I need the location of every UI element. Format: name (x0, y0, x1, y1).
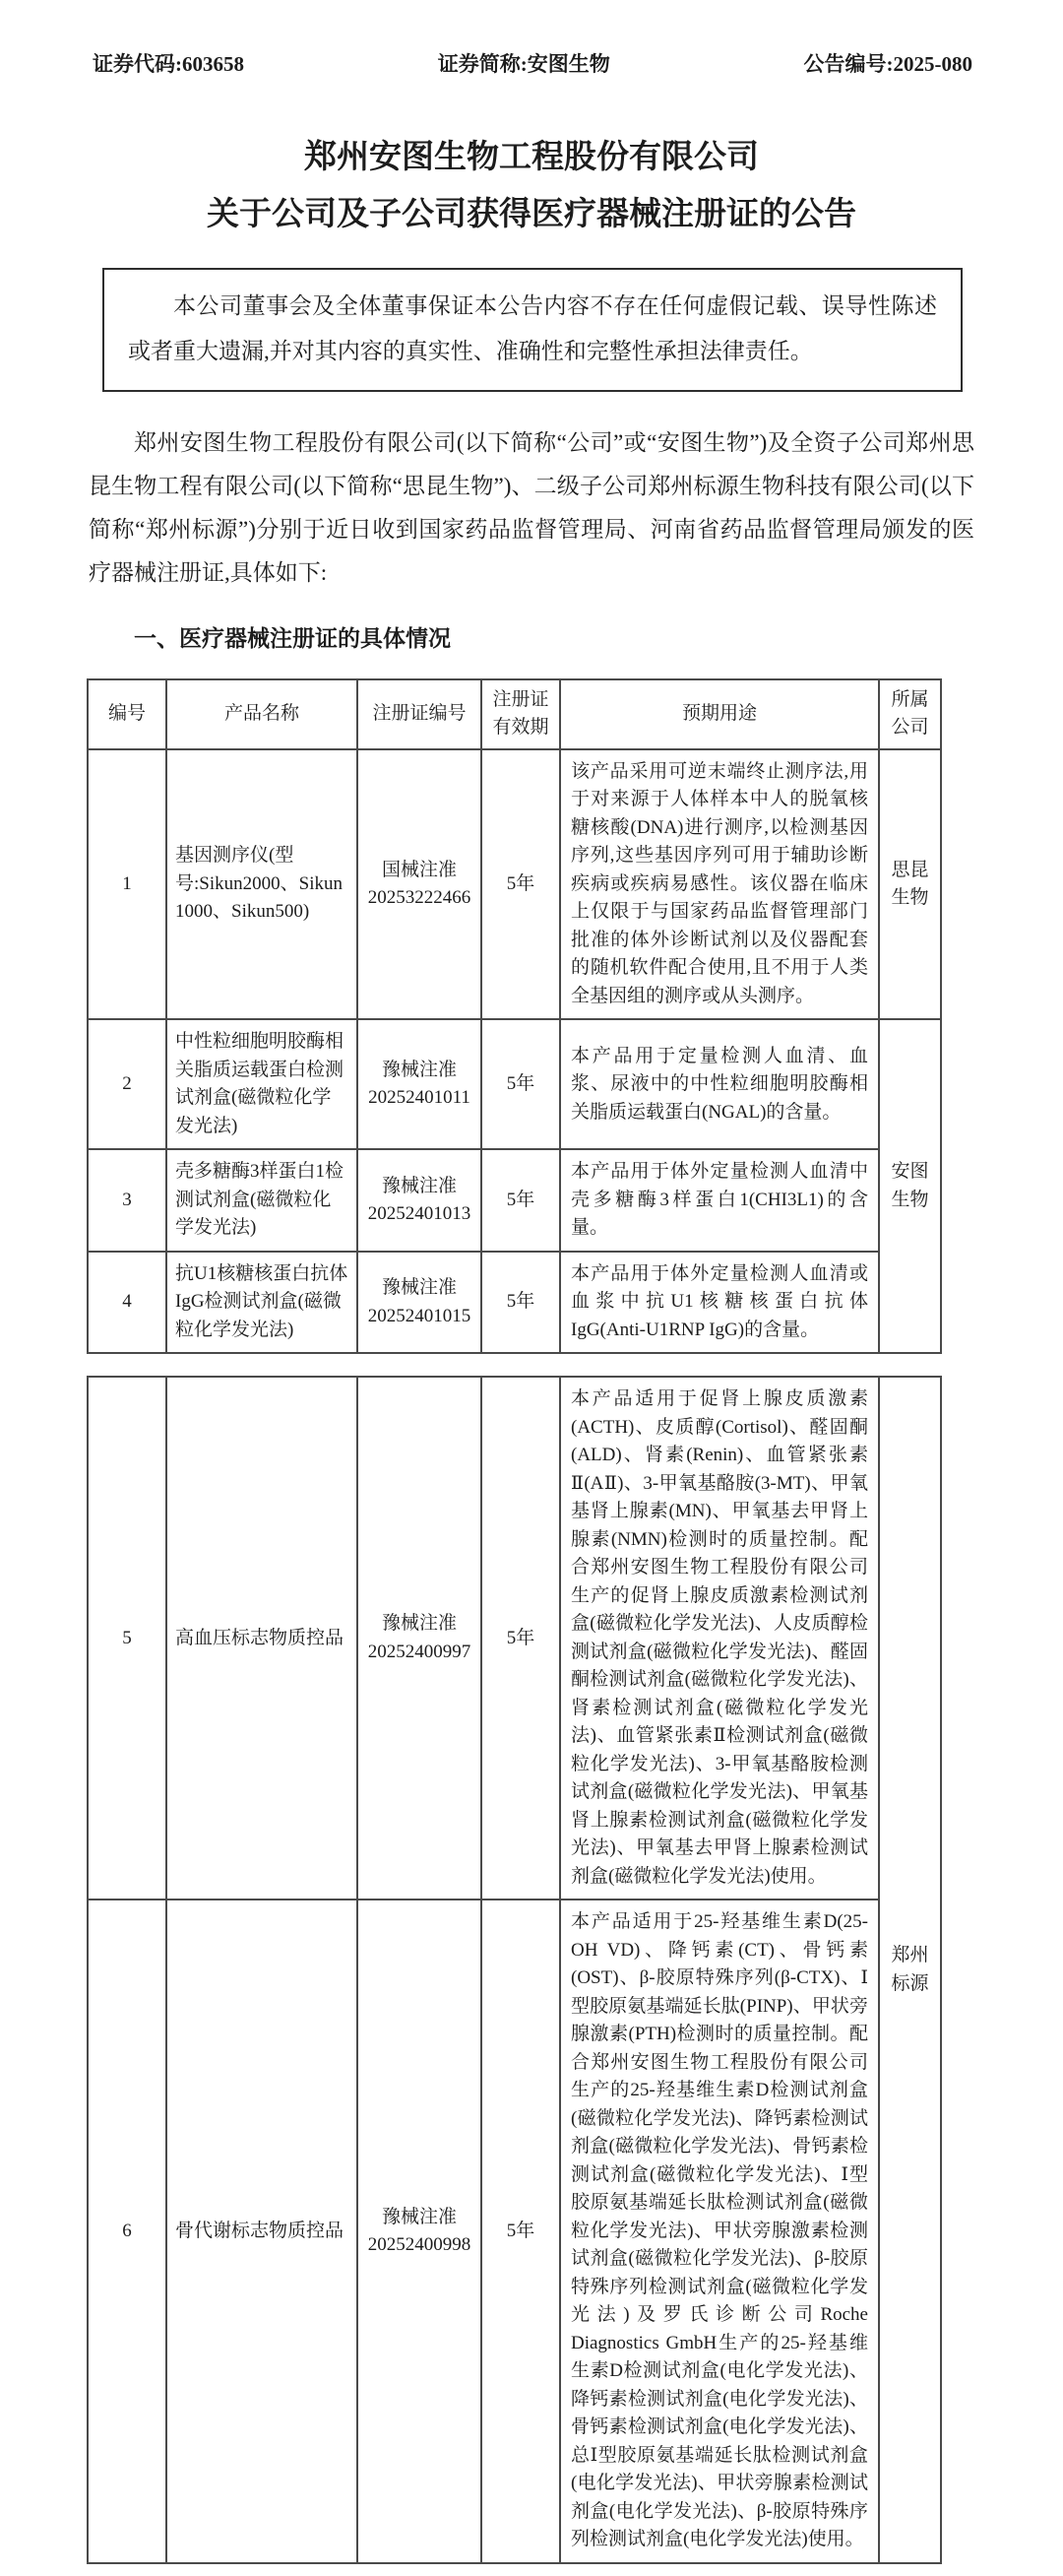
intended-use: 该产品采用可逆末端终止测序法,用于对来源于人体样本中人的脱氧核糖核酸(DNA)进… (560, 749, 879, 1020)
col-header-cert-no: 注册证编号 (357, 679, 481, 749)
intended-use: 本产品用于定量检测人血清、血浆、尿液中的中性粒细胞明胶酶相关脂质运载蛋白(NGA… (560, 1019, 879, 1149)
table-row-6: 6 骨代谢标志物质控品 豫械注准20252400998 5年 本产品适用于25-… (88, 1900, 941, 2563)
intended-use: 本产品用于体外定量检测人血清或血浆中抗U1核糖核蛋白抗体IgG(Anti-U1R… (560, 1252, 879, 1354)
product-name: 骨代谢标志物质控品 (166, 1900, 357, 2563)
intended-use: 本产品适用于促肾上腺皮质激素(ACTH)、皮质醇(Cortisol)、醛固酮(A… (560, 1377, 879, 1900)
row-no: 4 (88, 1252, 166, 1354)
product-name: 基因测序仪(型号:Sikun2000、Sikun 1000、Sikun500) (166, 749, 357, 1020)
cert-validity: 5年 (481, 749, 560, 1020)
cert-validity: 5年 (481, 1019, 560, 1149)
table-row-5: 5 高血压标志物质控品 豫械注准20252400997 5年 本产品适用于促肾上… (88, 1377, 941, 1900)
col-header-validity: 注册证有效期 (481, 679, 560, 749)
cert-validity: 5年 (481, 1377, 560, 1900)
intended-use: 本产品适用于25-羟基维生素D(25-OH VD)、降钙素(CT)、骨钙素(OS… (560, 1900, 879, 2563)
announcement-number: 公告编号:2025-080 (804, 49, 973, 79)
cert-number: 国械注准20253222466 (357, 749, 481, 1020)
col-header-company: 所属公司 (879, 679, 941, 749)
title-line-1: 郑州安图生物工程股份有限公司 (0, 140, 1063, 177)
declaration-text: 本公司董事会及全体董事保证本公告内容不存在任何虚假记载、误导性陈述或者重大遗漏,… (128, 284, 937, 374)
securities-meta: 证券代码:603658 证券简称:安图生物 公告编号:2025-080 (0, 49, 1063, 79)
cert-number: 豫械注准20252401011 (357, 1019, 481, 1149)
stock-short-name: 证券简称:安图生物 (438, 49, 610, 79)
row-no: 3 (88, 1149, 166, 1252)
product-name: 壳多糖酶3样蛋白1检测试剂盒(磁微粒化学发光法) (166, 1149, 357, 1252)
col-header-no: 编号 (88, 679, 166, 749)
row-no: 5 (88, 1377, 166, 1900)
row-no: 2 (88, 1019, 166, 1149)
registration-table-block-1: 编号 产品名称 注册证编号 注册证有效期 预期用途 所属公司 1 基因测序仪(型… (87, 678, 942, 1355)
table-row-4: 4 抗U1核糖核蛋白抗体IgG检测试剂盒(磁微粒化学发光法) 豫械注准20252… (88, 1252, 941, 1354)
cert-number: 豫械注准20252400998 (357, 1900, 481, 2563)
table-row-1: 1 基因测序仪(型号:Sikun2000、Sikun 1000、Sikun500… (88, 749, 941, 1020)
section-heading: 一、医疗器械注册证的具体情况 (89, 620, 974, 653)
registration-table-block-2: 5 高血压标志物质控品 豫械注准20252400997 5年 本产品适用于促肾上… (87, 1376, 942, 2564)
col-header-product: 产品名称 (166, 679, 357, 749)
declaration-box: 本公司董事会及全体董事保证本公告内容不存在任何虚假记载、误导性陈述或者重大遗漏,… (102, 268, 963, 392)
cert-number: 豫械注准20252401015 (357, 1252, 481, 1354)
table-row-2: 2 中性粒细胞明胶酶相关脂质运载蛋白检测试剂盒(磁微粒化学发光法) 豫械注准20… (88, 1019, 941, 1149)
owning-company: 思昆生物 (879, 749, 941, 1020)
owning-company: 郑州标源 (879, 1377, 941, 2563)
row-no: 1 (88, 749, 166, 1020)
intro-paragraph: 郑州安图生物工程股份有限公司(以下简称“公司”或“安图生物”)及全资子公司郑州思… (89, 421, 974, 595)
cert-number: 豫械注准20252400997 (357, 1377, 481, 1900)
announcement-page: 证券代码:603658 证券简称:安图生物 公告编号:2025-080 郑州安图… (0, 0, 1063, 2576)
cert-validity: 5年 (481, 1900, 560, 2563)
table-header-row: 编号 产品名称 注册证编号 注册证有效期 预期用途 所属公司 (88, 679, 941, 749)
owning-company: 安图生物 (879, 1019, 941, 1353)
table-row-3: 3 壳多糖酶3样蛋白1检测试剂盒(磁微粒化学发光法) 豫械注准202524010… (88, 1149, 941, 1252)
product-name: 中性粒细胞明胶酶相关脂质运载蛋白检测试剂盒(磁微粒化学发光法) (166, 1019, 357, 1149)
cert-validity: 5年 (481, 1149, 560, 1252)
row-no: 6 (88, 1900, 166, 2563)
product-name: 高血压标志物质控品 (166, 1377, 357, 1900)
cert-number: 豫械注准20252401013 (357, 1149, 481, 1252)
cert-validity: 5年 (481, 1252, 560, 1354)
product-name: 抗U1核糖核蛋白抗体IgG检测试剂盒(磁微粒化学发光法) (166, 1252, 357, 1354)
col-header-usage: 预期用途 (560, 679, 879, 749)
stock-code: 证券代码:603658 (93, 49, 244, 79)
announcement-title: 郑州安图生物工程股份有限公司 关于公司及子公司获得医疗器械注册证的公告 (0, 140, 1063, 234)
title-line-2: 关于公司及子公司获得医疗器械注册证的公告 (0, 197, 1063, 234)
intended-use: 本产品用于体外定量检测人血清中壳多糖酶3样蛋白1(CHI3L1)的含量。 (560, 1149, 879, 1252)
